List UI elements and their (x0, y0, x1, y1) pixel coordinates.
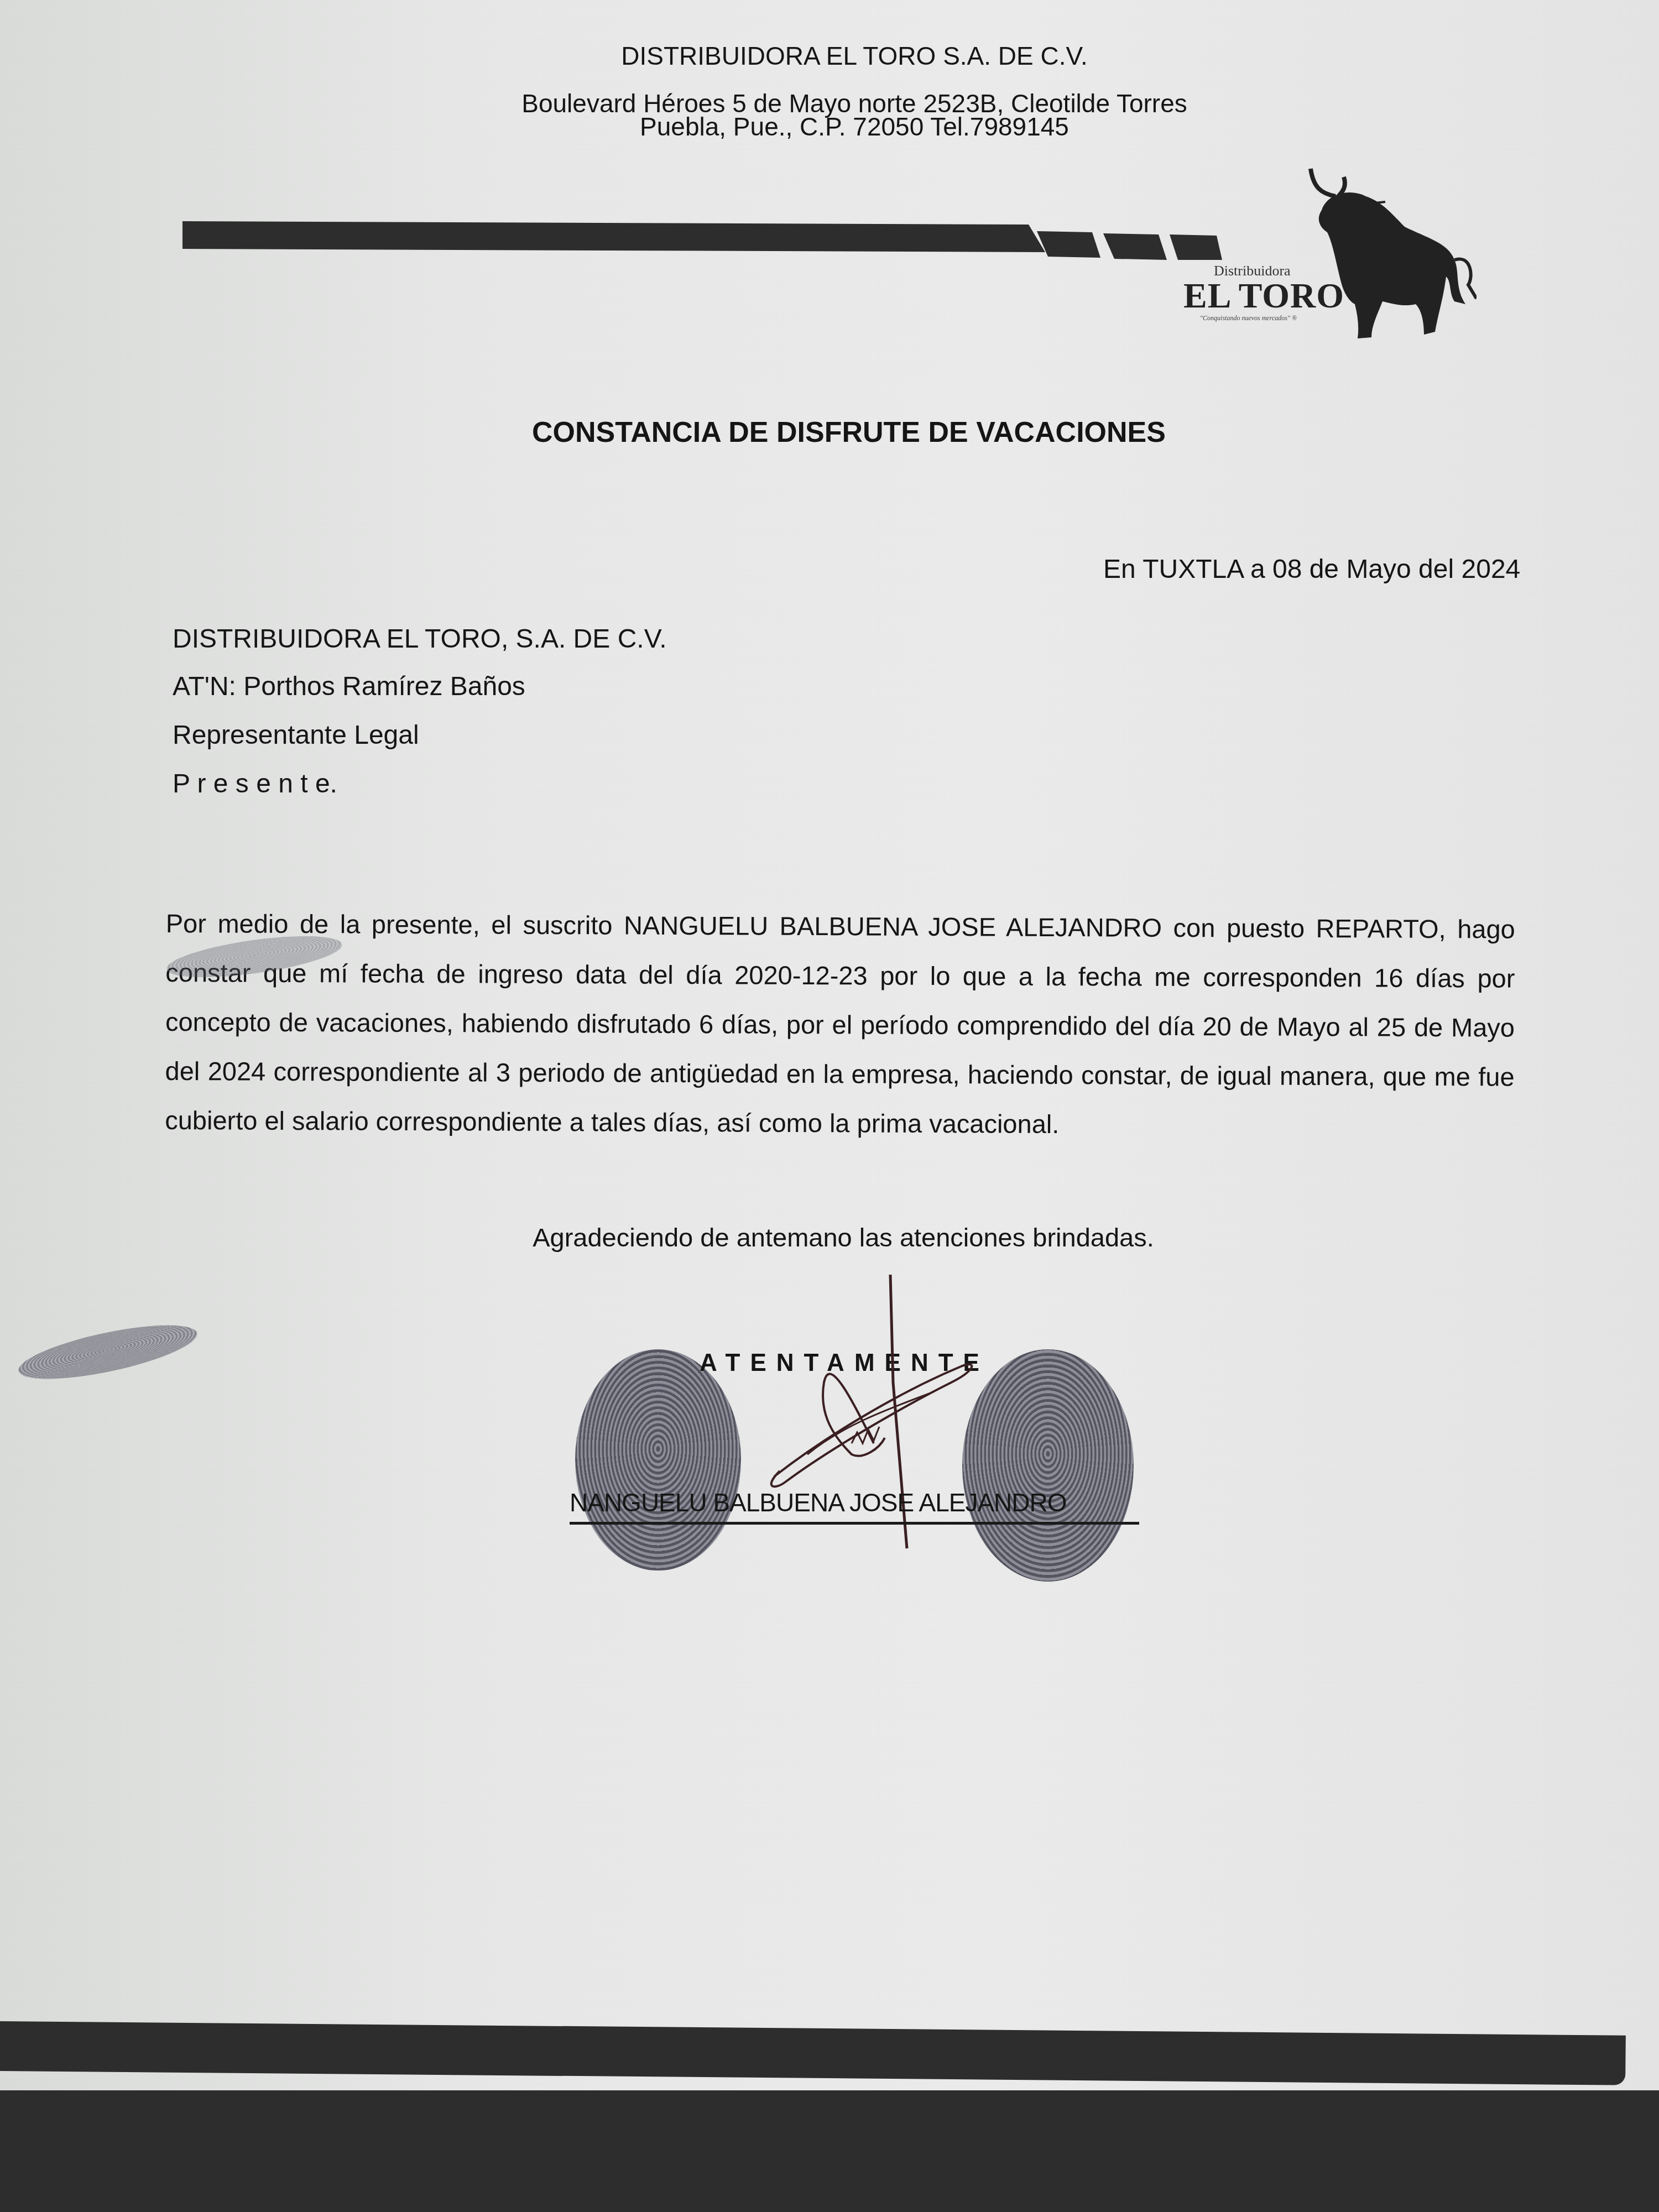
footer-band (0, 2090, 1659, 2212)
signer-name: NANGUELU BALBUENA JOSE ALEJANDRO (570, 1488, 1139, 1525)
document-title: CONSTANCIA DE DISFRUTE DE VACACIONES (0, 416, 1659, 449)
bull-icon (1288, 166, 1477, 343)
company-name: DISTRIBUIDORA EL TORO S.A. DE C.V. (0, 40, 1659, 72)
signature (741, 1272, 1018, 1571)
body-paragraph: Por medio de la presente, el suscrito NA… (165, 899, 1515, 1151)
fingerprint-smudge (14, 1314, 201, 1390)
fingerprint-left (575, 1349, 741, 1571)
recipient-role: Representante Legal (173, 719, 419, 752)
recipient-company: DISTRIBUIDORA EL TORO, S.A. DE C.V. (173, 623, 667, 656)
closing-line: Agradeciendo de antemano las atenciones … (0, 1222, 1659, 1253)
recipient-presente: P r e s e n t e. (173, 768, 337, 801)
header-stripe (182, 221, 1034, 249)
company-address-line2: Puebla, Pue., C.P. 72050 Tel.7989145 (0, 111, 1659, 143)
logo-tagline: "Conquistando nuevos mercados" ® (1200, 314, 1297, 322)
logo-brand: EL TORO (1183, 275, 1344, 316)
company-logo: Distribuidora EL TORO "Conquistando nuev… (1178, 166, 1488, 343)
place-date: En TUXTLA a 08 de Mayo del 2024 (1103, 553, 1520, 586)
recipient-attention: AT'N: Porthos Ramírez Baños (173, 670, 525, 703)
footer-stripe-top (0, 2021, 1626, 2085)
